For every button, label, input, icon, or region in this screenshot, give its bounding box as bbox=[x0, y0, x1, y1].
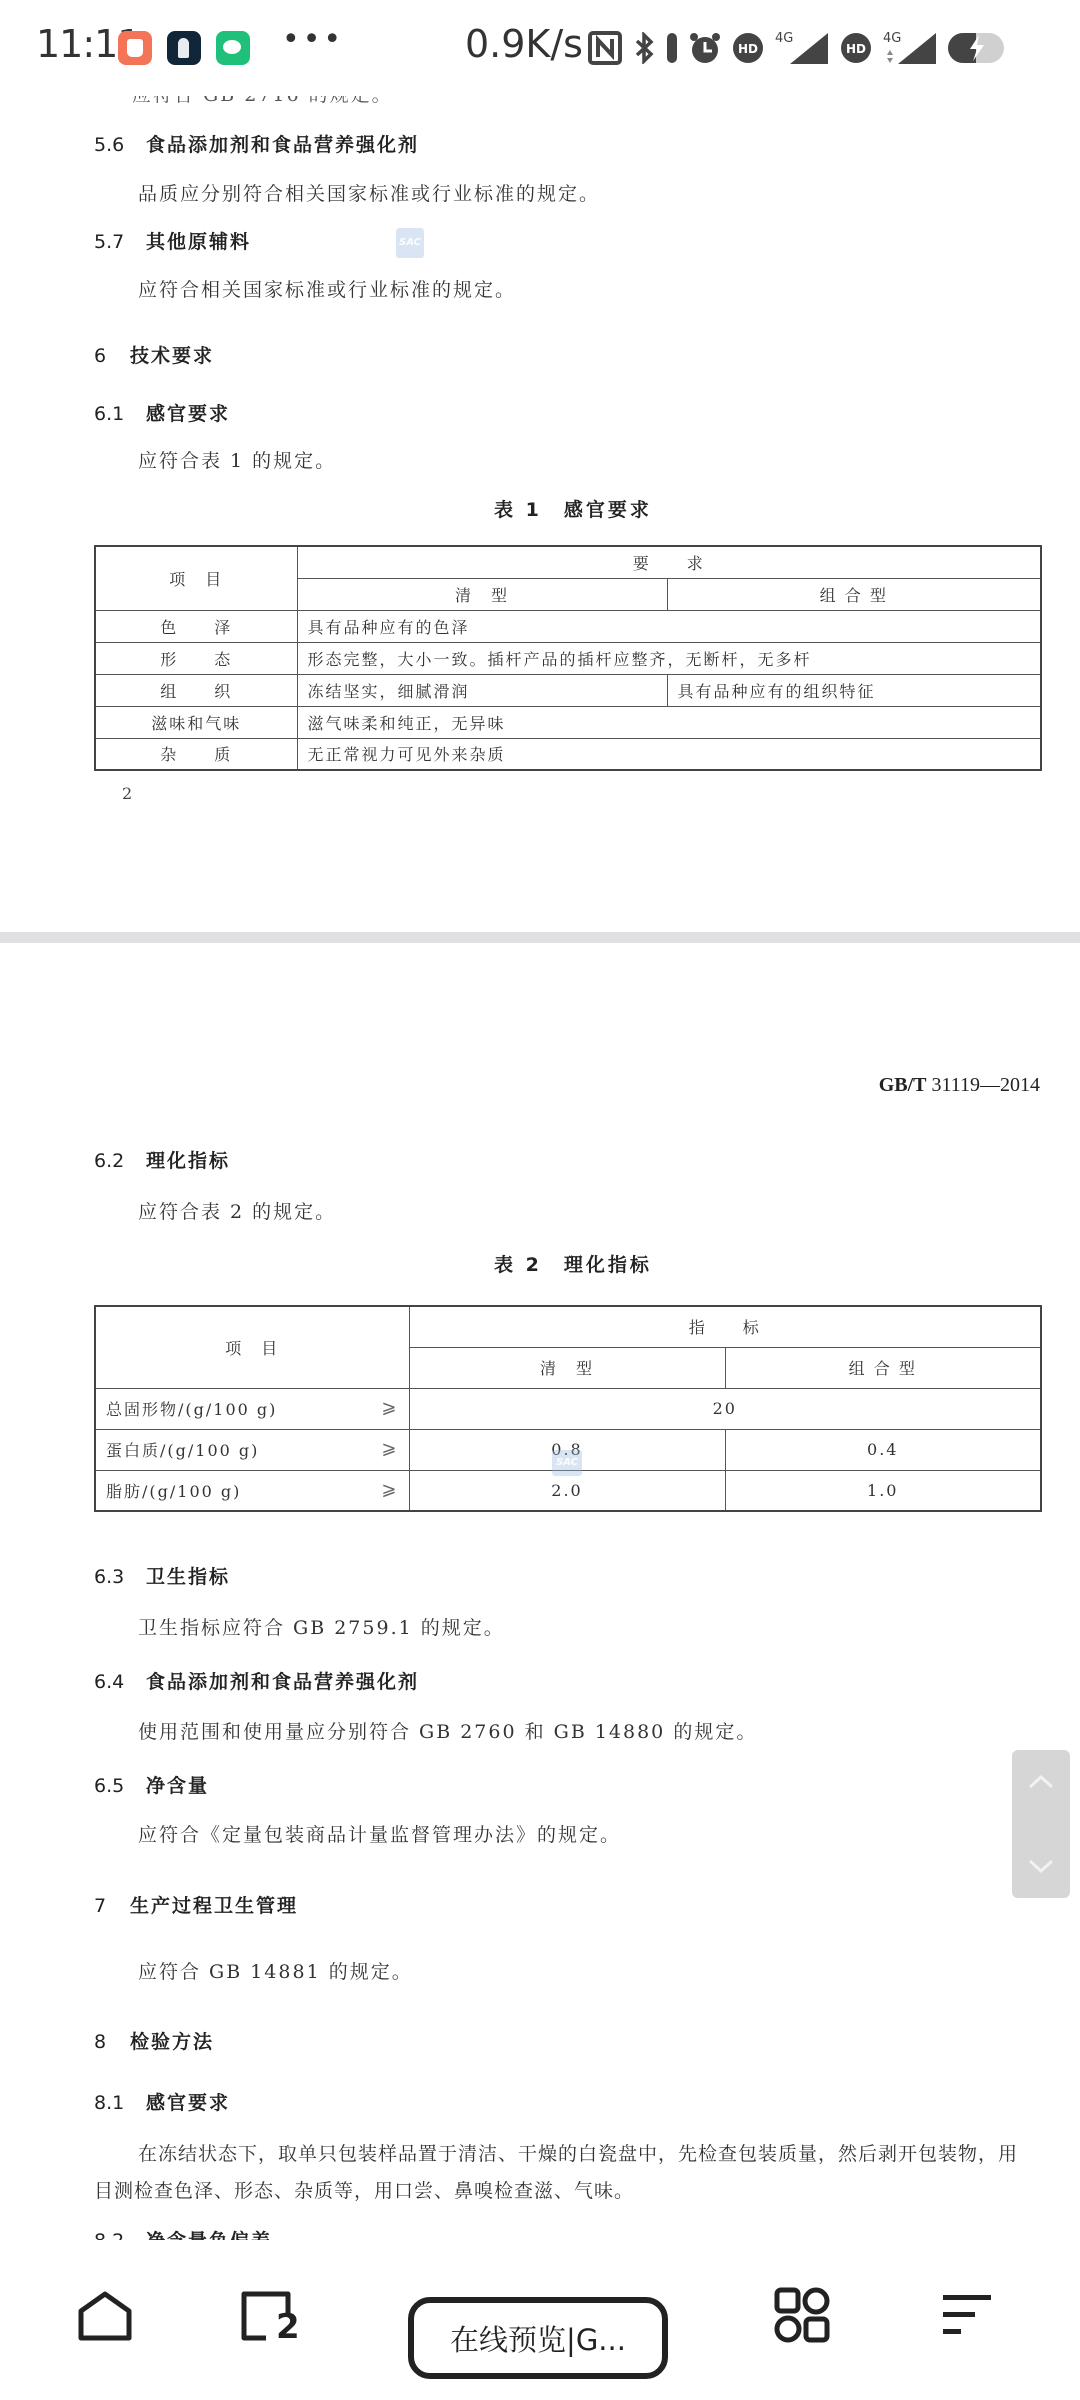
section-heading-6-1: 6.1感官要求 bbox=[94, 399, 230, 426]
network-speed: 0.9K/s bbox=[465, 22, 583, 66]
section-body-6-3: 卫生指标应符合 GB 2759.1 的规定。 bbox=[138, 1613, 505, 1640]
online-preview-button[interactable]: 在线预览|G... bbox=[408, 2297, 668, 2379]
table-row: 色 泽 具有品种应有的色泽 bbox=[95, 610, 1041, 642]
menu-icon[interactable] bbox=[935, 2285, 995, 2345]
more-notifications-icon: ••• bbox=[282, 22, 344, 57]
physicochemical-indicators-table: 项 目 指 标 清 型 组 合 型 总固形物/(g/100 g)⩾ 20 蛋白质… bbox=[94, 1305, 1042, 1512]
section-heading-6-4: 6.4食品添加剂和食品营养强化剂 bbox=[94, 1667, 419, 1694]
sac-watermark: SAC bbox=[396, 228, 424, 258]
row-value-col1: 冻结坚实，细腻滑润 bbox=[297, 674, 667, 706]
section-body-8-1-line2: 目测检查色泽、形态、杂质等，用口尝、鼻嗅检查滋、气味。 bbox=[94, 2176, 634, 2203]
section-body-7: 应符合 GB 14881 的规定。 bbox=[138, 1957, 413, 1984]
shopping-app-icon bbox=[118, 31, 152, 65]
table-row: 杂 质 无正常视力可见外来杂质 bbox=[95, 738, 1041, 770]
wechat-icon bbox=[216, 31, 250, 65]
section-heading-5-7: 5.7其他原辅料 bbox=[94, 227, 251, 254]
section-heading-6-5: 6.5净含量 bbox=[94, 1771, 209, 1798]
svg-text:4G: 4G bbox=[775, 31, 793, 46]
svg-text:HD: HD bbox=[738, 42, 758, 56]
table-row: 脂肪/(g/100 g)⩾ 2.0 1.0 bbox=[95, 1470, 1041, 1511]
nfc-icon bbox=[588, 31, 622, 65]
alarm-icon bbox=[688, 31, 722, 65]
section-body-6-1: 应符合表 1 的规定。 bbox=[138, 446, 336, 473]
signal-4g-icon: 4G bbox=[882, 30, 938, 66]
page-number: 2 bbox=[122, 784, 132, 803]
table-header-col2: 组 合 型 bbox=[667, 578, 1041, 610]
signal-4g-icon: 4G bbox=[774, 30, 830, 66]
hd-icon: HD bbox=[732, 32, 764, 64]
row-value-col1: 2.0 bbox=[409, 1470, 725, 1511]
table-header-col2: 组 合 型 bbox=[725, 1347, 1041, 1388]
row-value-merged: 20 bbox=[409, 1388, 1041, 1429]
section-body-5-7: 应符合相关国家标准或行业标准的规定。 bbox=[138, 275, 516, 302]
row-item: 形 态 bbox=[95, 642, 297, 674]
table-header-col1: 清 型 bbox=[297, 578, 667, 610]
apps-grid-icon[interactable] bbox=[772, 2285, 832, 2345]
battery-charging-icon bbox=[948, 31, 1004, 65]
page-separator bbox=[0, 932, 1080, 943]
table-header-group: 要 求 bbox=[297, 546, 1041, 578]
table-header-item: 项 目 bbox=[95, 1306, 409, 1388]
status-bar: 11:11 ••• 0.9K/s HD 4G HD 4G bbox=[0, 0, 1080, 96]
sensory-requirements-table: 项 目 要 求 清 型 组 合 型 色 泽 具有品种应有的色泽 形 态 形态完整… bbox=[94, 545, 1042, 771]
row-item: 总固形物/(g/100 g)⩾ bbox=[95, 1388, 409, 1429]
table-1-caption: 表 1 感官要求 bbox=[494, 495, 652, 522]
table-header-col1: 清 型 bbox=[409, 1347, 725, 1388]
row-item: 脂肪/(g/100 g)⩾ bbox=[95, 1470, 409, 1511]
scroll-up-button[interactable] bbox=[1027, 1768, 1055, 1796]
table-2-caption: 表 2 理化指标 bbox=[494, 1250, 652, 1277]
section-heading-6-3: 6.3卫生指标 bbox=[94, 1562, 230, 1589]
scroll-down-button[interactable] bbox=[1027, 1852, 1055, 1880]
tabs-button[interactable]: 2 bbox=[236, 2285, 296, 2345]
row-item: 色 泽 bbox=[95, 610, 297, 642]
vibrate-icon bbox=[666, 32, 678, 64]
section-heading-6-2: 6.2理化指标 bbox=[94, 1146, 230, 1173]
reader-app-icon bbox=[167, 31, 201, 65]
section-heading-5-6: 5.6食品添加剂和食品营养强化剂 bbox=[94, 130, 419, 157]
section-body-6-4: 使用范围和使用量应分别符合 GB 2760 和 GB 14880 的规定。 bbox=[138, 1717, 757, 1744]
row-value-col2: 1.0 bbox=[725, 1470, 1041, 1511]
row-value: 形态完整，大小一致。插杆产品的插杆应整齐，无断杆，无多杆 bbox=[297, 642, 1041, 674]
section-body-6-2: 应符合表 2 的规定。 bbox=[138, 1197, 336, 1224]
page-scroll-widget bbox=[1012, 1750, 1070, 1898]
row-value: 具有品种应有的色泽 bbox=[297, 610, 1041, 642]
standard-code-header: GB/T 31119—2014 bbox=[879, 1074, 1040, 1097]
row-item: 蛋白质/(g/100 g)⩾ bbox=[95, 1429, 409, 1470]
section-heading-8-1: 8.1感官要求 bbox=[94, 2088, 230, 2115]
row-value: 滋气味柔和纯正，无异味 bbox=[297, 706, 1041, 738]
row-value: 无正常视力可见外来杂质 bbox=[297, 738, 1041, 770]
hd-icon: HD bbox=[840, 32, 872, 64]
sac-watermark: SAC bbox=[552, 1450, 582, 1476]
bottom-navigation-bar: 2 在线预览|G... bbox=[0, 2240, 1080, 2400]
table-row: 组 织 冻结坚实，细腻滑润 具有品种应有的组织特征 bbox=[95, 674, 1041, 706]
row-item: 滋味和气味 bbox=[95, 706, 297, 738]
section-heading-8-2-partial: 8.2净含量负偏差 bbox=[94, 2226, 272, 2240]
row-value-col2: 具有品种应有的组织特征 bbox=[667, 674, 1041, 706]
section-heading-7: 7生产过程卫生管理 bbox=[94, 1891, 298, 1918]
document-viewer[interactable]: 应符合 GB 2716 的规定。 5.6食品添加剂和食品营养强化剂 品质应分别符… bbox=[0, 0, 1080, 2240]
table-row: 滋味和气味 滋气味柔和纯正，无异味 bbox=[95, 706, 1041, 738]
svg-text:HD: HD bbox=[846, 42, 866, 56]
section-heading-6: 6技术要求 bbox=[94, 341, 214, 368]
home-icon[interactable] bbox=[75, 2285, 135, 2345]
row-item: 杂 质 bbox=[95, 738, 297, 770]
section-heading-8: 8检验方法 bbox=[94, 2027, 214, 2054]
tabs-count: 2 bbox=[276, 2307, 300, 2347]
svg-text:4G: 4G bbox=[883, 31, 901, 46]
section-body-6-5: 应符合《定量包装商品计量监督管理办法》的规定。 bbox=[138, 1820, 621, 1847]
table-row: 总固形物/(g/100 g)⩾ 20 bbox=[95, 1388, 1041, 1429]
table-header-item: 项 目 bbox=[95, 546, 297, 610]
table-header-group: 指 标 bbox=[409, 1306, 1041, 1347]
row-value-col2: 0.4 bbox=[725, 1429, 1041, 1470]
table-row: 形 态 形态完整，大小一致。插杆产品的插杆应整齐，无断杆，无多杆 bbox=[95, 642, 1041, 674]
section-body-8-1-line1: 在冻结状态下，取单只包装样品置于清洁、干燥的白瓷盘中，先检查包装质量，然后剥开包… bbox=[138, 2139, 1018, 2166]
row-item: 组 织 bbox=[95, 674, 297, 706]
section-body-5-6: 品质应分别符合相关国家标准或行业标准的规定。 bbox=[138, 179, 600, 206]
bluetooth-icon bbox=[632, 32, 656, 64]
